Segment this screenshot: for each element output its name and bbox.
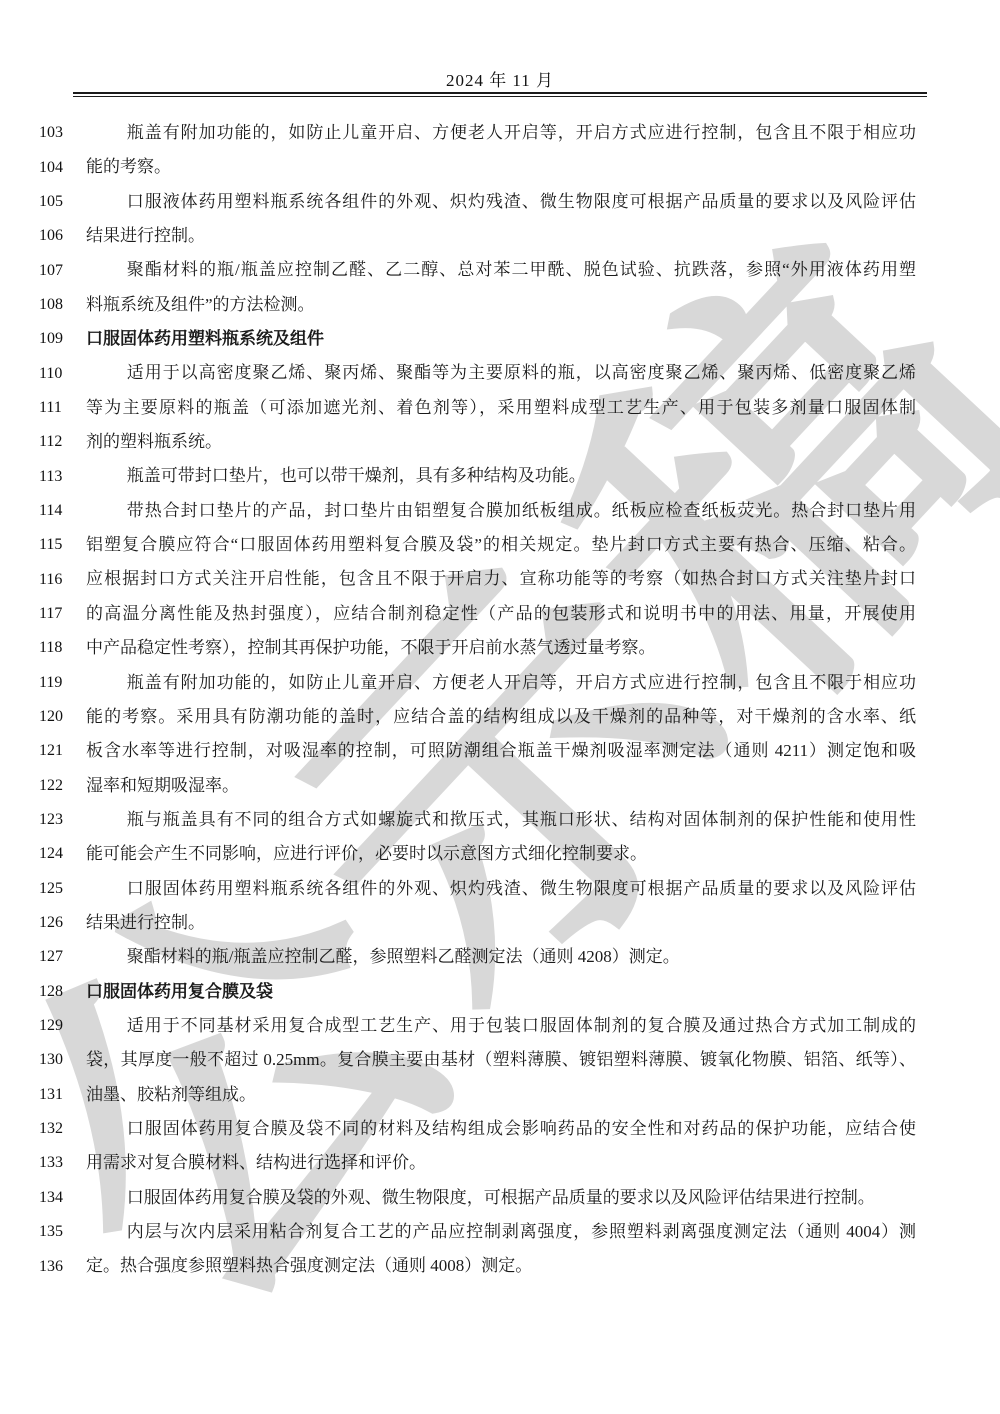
line-row: 128口服固体药用复合膜及袋 — [0, 975, 1000, 1009]
line-number: 118 — [39, 639, 86, 657]
section-heading-text: 口服固体药用塑料瓶系统及组件 — [86, 322, 916, 356]
line-row: 111等为主要原料的瓶盖（可添加遮光剂、着色剂等），采用塑料成型工艺生产、用于包… — [0, 391, 1000, 425]
line-row: 124能可能会产生不同影响，应进行评价，必要时以示意图方式细化控制要求。 — [0, 837, 1000, 871]
line-text: 口服固体药用复合膜及袋不同的材料及结构组成会影响药品的安全性和对药品的保护功能，… — [86, 1112, 916, 1146]
line-number: 120 — [39, 708, 86, 726]
line-row: 133用需求对复合膜材料、结构进行选择和评价。 — [0, 1146, 1000, 1180]
line-row: 132口服固体药用复合膜及袋不同的材料及结构组成会影响药品的安全性和对药品的保护… — [0, 1112, 1000, 1146]
line-row: 113瓶盖可带封口垫片，也可以带干燥剂，具有多种结构及功能。 — [0, 459, 1000, 493]
line-number: 108 — [39, 296, 86, 314]
line-number: 103 — [39, 124, 86, 142]
line-number: 110 — [39, 365, 86, 383]
line-row: 118中产品稳定性考察），控制其再保护功能，不限于开启前水蒸气透过量考察。 — [0, 631, 1000, 665]
page-header-date: 2024 年 11 月 — [0, 66, 1000, 91]
line-row: 112剂的塑料瓶系统。 — [0, 425, 1000, 459]
line-row: 131油墨、胶粘剂等组成。 — [0, 1078, 1000, 1112]
line-text: 定。热合强度参照塑料热合强度测定法（通则 4008）测定。 — [86, 1249, 916, 1283]
line-number: 109 — [39, 330, 86, 348]
line-row: 136定。热合强度参照塑料热合强度测定法（通则 4008）测定。 — [0, 1249, 1000, 1283]
section-heading-text: 口服固体药用复合膜及袋 — [86, 975, 916, 1009]
line-text: 剂的塑料瓶系统。 — [86, 425, 916, 459]
line-text: 能的考察。采用具有防潮功能的盖时，应结合盖的结构组成以及干燥剂的品种等，对干燥剂… — [86, 700, 916, 734]
line-text: 聚酯材料的瓶/瓶盖应控制乙醛，参照塑料乙醛测定法（通则 4208）测定。 — [86, 940, 916, 974]
line-text: 聚酯材料的瓶/瓶盖应控制乙醛、乙二醇、总对苯二甲酰、脱色试验、抗跌落，参照“外用… — [86, 253, 916, 287]
line-text: 应根据封口方式关注开启性能，包含且不限于开启力、宣称功能等的考察（如热合封口方式… — [86, 562, 916, 596]
line-row: 130袋，其厚度一般不超过 0.25mm。复合膜主要由基材（塑料薄膜、镀铝塑料薄… — [0, 1043, 1000, 1077]
line-row: 104能的考察。 — [0, 150, 1000, 184]
line-number: 112 — [39, 433, 86, 451]
line-row: 116应根据封口方式关注开启性能，包含且不限于开启力、宣称功能等的考察（如热合封… — [0, 562, 1000, 596]
line-text: 瓶盖可带封口垫片，也可以带干燥剂，具有多种结构及功能。 — [86, 459, 916, 493]
line-number: 119 — [39, 674, 86, 692]
line-text: 料瓶系统及组件”的方法检测。 — [86, 288, 916, 322]
line-text: 瓶盖有附加功能的，如防止儿童开启、方便老人开启等，开启方式应进行控制，包含且不限… — [86, 666, 916, 700]
line-row: 119瓶盖有附加功能的，如防止儿童开启、方便老人开启等，开启方式应进行控制，包含… — [0, 666, 1000, 700]
line-number: 134 — [39, 1189, 86, 1207]
line-row: 106结果进行控制。 — [0, 219, 1000, 253]
line-row: 110适用于以高密度聚乙烯、聚丙烯、聚酯等为主要原料的瓶，以高密度聚乙烯、聚丙烯… — [0, 356, 1000, 390]
line-row: 134口服固体药用复合膜及袋的外观、微生物限度，可根据产品质量的要求以及风险评估… — [0, 1181, 1000, 1215]
line-number: 107 — [39, 262, 86, 280]
line-row: 103瓶盖有附加功能的，如防止儿童开启、方便老人开启等，开启方式应进行控制，包含… — [0, 116, 1000, 150]
line-number: 136 — [39, 1258, 86, 1276]
line-row: 109口服固体药用塑料瓶系统及组件 — [0, 322, 1000, 356]
line-text: 板含水率等进行控制，对吸湿率的控制，可照防潮组合瓶盖干燥剂吸湿率测定法（通则 4… — [86, 734, 916, 768]
line-row: 129适用于不同基材采用复合成型工艺生产、用于包装口服固体制剂的复合膜及通过热合… — [0, 1009, 1000, 1043]
line-number: 105 — [39, 193, 86, 211]
line-number: 124 — [39, 845, 86, 863]
numbered-lines-container: 103瓶盖有附加功能的，如防止儿童开启、方便老人开启等，开启方式应进行控制，包含… — [0, 116, 1000, 1284]
line-text: 铝塑复合膜应符合“口服固体药用塑料复合膜及袋”的相关规定。垫片封口方式主要有热合… — [86, 528, 916, 562]
header-divider-rule — [73, 92, 927, 97]
line-text: 油墨、胶粘剂等组成。 — [86, 1078, 916, 1112]
line-row: 122湿率和短期吸湿率。 — [0, 769, 1000, 803]
line-text: 瓶与瓶盖具有不同的组合方式如螺旋式和揿压式，其瓶口形状、结构对固体制剂的保护性能… — [86, 803, 916, 837]
line-text: 带热合封口垫片的产品，封口垫片由铝塑复合膜加纸板组成。纸板应检查纸板荧光。热合封… — [86, 494, 916, 528]
line-row: 123瓶与瓶盖具有不同的组合方式如螺旋式和揿压式，其瓶口形状、结构对固体制剂的保… — [0, 803, 1000, 837]
line-number: 114 — [39, 502, 86, 520]
line-number: 127 — [39, 948, 86, 966]
line-row: 121板含水率等进行控制，对吸湿率的控制，可照防潮组合瓶盖干燥剂吸湿率测定法（通… — [0, 734, 1000, 768]
line-text: 适用于不同基材采用复合成型工艺生产、用于包装口服固体制剂的复合膜及通过热合方式加… — [86, 1009, 916, 1043]
line-number: 117 — [39, 605, 86, 623]
line-number: 132 — [39, 1120, 86, 1138]
line-number: 133 — [39, 1154, 86, 1172]
line-row: 120能的考察。采用具有防潮功能的盖时，应结合盖的结构组成以及干燥剂的品种等，对… — [0, 700, 1000, 734]
line-text: 的高温分离性能及热封强度），应结合制剂稳定性（产品的包装形式和说明书中的用法、用… — [86, 597, 916, 631]
line-number: 129 — [39, 1017, 86, 1035]
line-number: 115 — [39, 536, 86, 554]
line-text: 结果进行控制。 — [86, 906, 916, 940]
line-text: 瓶盖有附加功能的，如防止儿童开启、方便老人开启等，开启方式应进行控制，包含且不限… — [86, 116, 916, 150]
line-number: 123 — [39, 811, 86, 829]
line-row: 126结果进行控制。 — [0, 906, 1000, 940]
line-number: 130 — [39, 1051, 86, 1069]
line-text: 等为主要原料的瓶盖（可添加遮光剂、着色剂等），采用塑料成型工艺生产、用于包装多剂… — [86, 391, 916, 425]
line-row: 127聚酯材料的瓶/瓶盖应控制乙醛，参照塑料乙醛测定法（通则 4208）测定。 — [0, 940, 1000, 974]
line-row: 135内层与次内层采用粘合剂复合工艺的产品应控制剥离强度，参照塑料剥离强度测定法… — [0, 1215, 1000, 1249]
line-number: 131 — [39, 1086, 86, 1104]
line-row: 125口服固体药用塑料瓶系统各组件的外观、炽灼残渣、微生物限度可根据产品质量的要… — [0, 872, 1000, 906]
line-row: 108料瓶系统及组件”的方法检测。 — [0, 288, 1000, 322]
line-number: 104 — [39, 159, 86, 177]
line-text: 用需求对复合膜材料、结构进行选择和评价。 — [86, 1146, 916, 1180]
line-number: 122 — [39, 777, 86, 795]
line-row: 114带热合封口垫片的产品，封口垫片由铝塑复合膜加纸板组成。纸板应检查纸板荧光。… — [0, 494, 1000, 528]
line-number: 135 — [39, 1223, 86, 1241]
line-number: 106 — [39, 227, 86, 245]
line-text: 湿率和短期吸湿率。 — [86, 769, 916, 803]
line-text: 内层与次内层采用粘合剂复合工艺的产品应控制剥离强度，参照塑料剥离强度测定法（通则… — [86, 1215, 916, 1249]
document-page: { "page": { "header_date": "2024 年 11 月"… — [0, 0, 1000, 1414]
line-number: 121 — [39, 742, 86, 760]
line-row: 117的高温分离性能及热封强度），应结合制剂稳定性（产品的包装形式和说明书中的用… — [0, 597, 1000, 631]
line-text: 适用于以高密度聚乙烯、聚丙烯、聚酯等为主要原料的瓶，以高密度聚乙烯、聚丙烯、低密… — [86, 356, 916, 390]
line-row: 115铝塑复合膜应符合“口服固体药用塑料复合膜及袋”的相关规定。垫片封口方式主要… — [0, 528, 1000, 562]
line-text: 口服液体药用塑料瓶系统各组件的外观、炽灼残渣、微生物限度可根据产品质量的要求以及… — [86, 185, 916, 219]
line-text: 结果进行控制。 — [86, 219, 916, 253]
line-number: 125 — [39, 880, 86, 898]
line-text: 口服固体药用塑料瓶系统各组件的外观、炽灼残渣、微生物限度可根据产品质量的要求以及… — [86, 872, 916, 906]
line-number: 111 — [39, 399, 86, 417]
line-row: 105口服液体药用塑料瓶系统各组件的外观、炽灼残渣、微生物限度可根据产品质量的要… — [0, 185, 1000, 219]
line-number: 113 — [39, 468, 86, 486]
line-number: 116 — [39, 571, 86, 589]
line-row: 107聚酯材料的瓶/瓶盖应控制乙醛、乙二醇、总对苯二甲酰、脱色试验、抗跌落，参照… — [0, 253, 1000, 287]
line-number: 128 — [39, 983, 86, 1001]
line-text: 能的考察。 — [86, 150, 916, 184]
line-text: 能可能会产生不同影响，应进行评价，必要时以示意图方式细化控制要求。 — [86, 837, 916, 871]
line-text: 袋，其厚度一般不超过 0.25mm。复合膜主要由基材（塑料薄膜、镀铝塑料薄膜、镀… — [86, 1043, 916, 1077]
line-number: 126 — [39, 914, 86, 932]
line-text: 口服固体药用复合膜及袋的外观、微生物限度，可根据产品质量的要求以及风险评估结果进… — [86, 1181, 916, 1215]
line-text: 中产品稳定性考察），控制其再保护功能，不限于开启前水蒸气透过量考察。 — [86, 631, 916, 665]
